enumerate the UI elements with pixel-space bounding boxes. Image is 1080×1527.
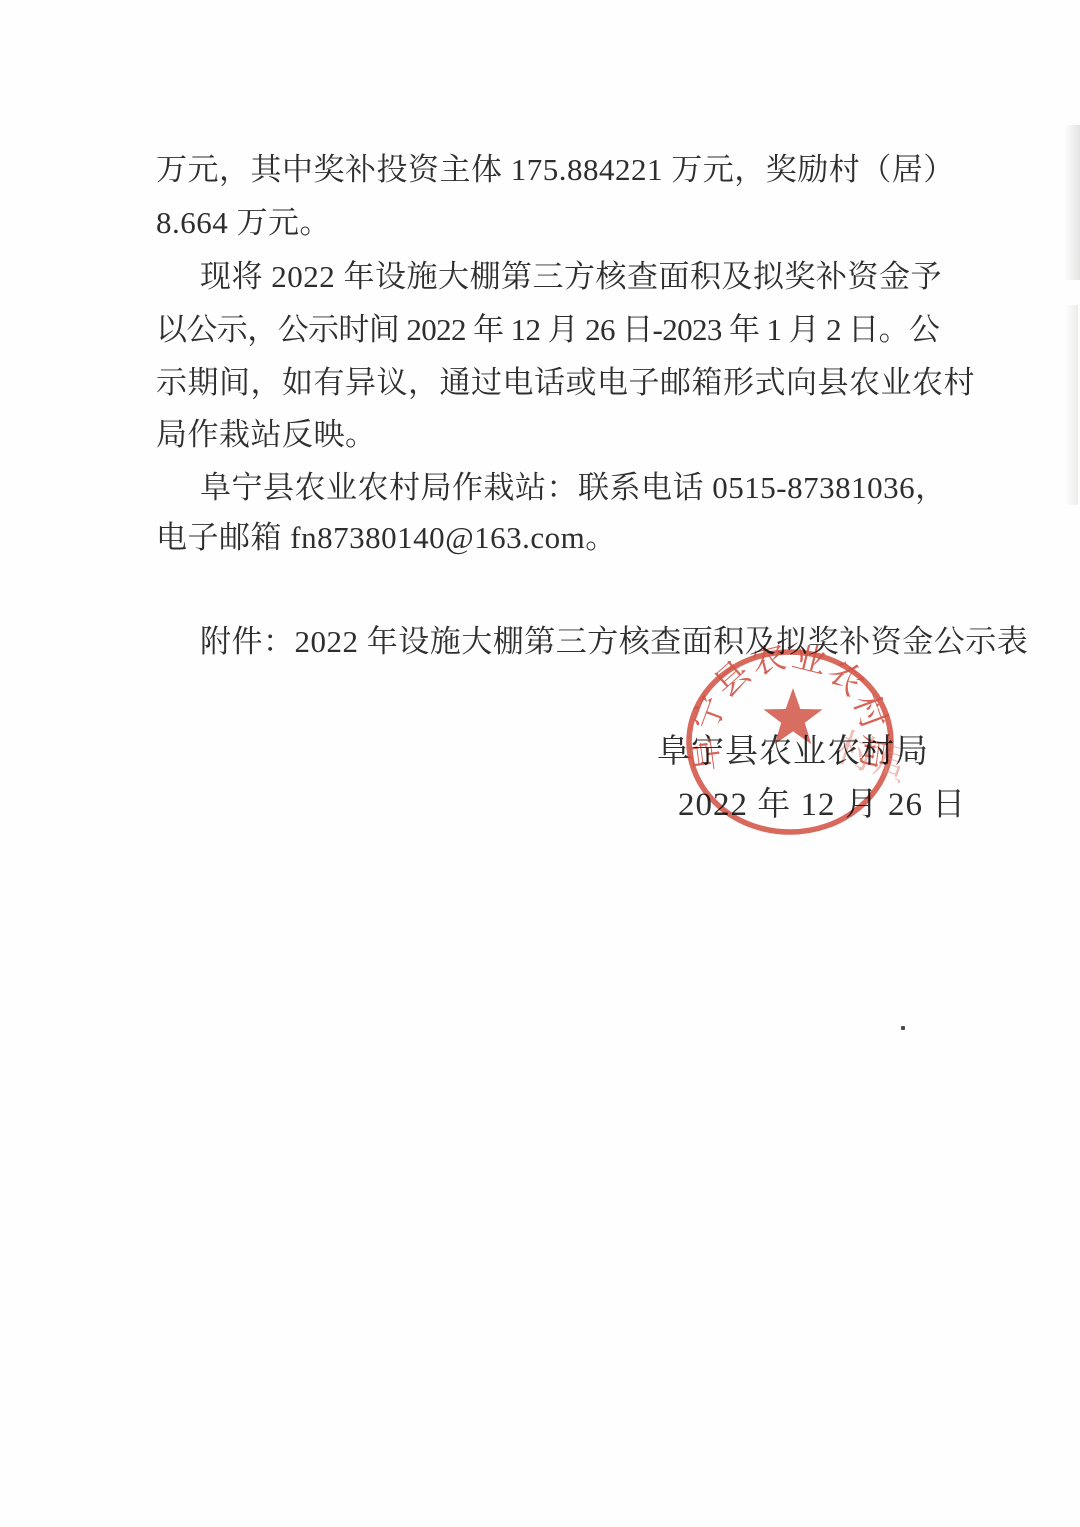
seal-star-icon bbox=[764, 688, 823, 744]
scan-streak bbox=[1064, 125, 1080, 280]
document-page: 万元，其中奖补投资主体 175.884221 万元，奖励村（居） 8.664 万… bbox=[0, 0, 1080, 1527]
body-line-1: 万元，其中奖补投资主体 175.884221 万元，奖励村（居） bbox=[156, 150, 955, 190]
body-line-6: 局作栽站反映。 bbox=[156, 415, 377, 455]
email-line: 电子邮箱 fn87380140@163.com。 bbox=[156, 518, 617, 558]
scan-streak bbox=[1065, 305, 1078, 505]
body-line-4: 以公示，公示时间 2022 年 12 月 26 日-2023 年 1 月 2 日… bbox=[156, 310, 939, 350]
body-line-2: 8.664 万元。 bbox=[156, 203, 331, 243]
scan-speck bbox=[901, 1026, 905, 1030]
body-line-3: 现将 2022 年设施大棚第三方核查面积及拟奖补资金予 bbox=[200, 257, 942, 297]
body-line-5: 示期间，如有异议，通过电话或电子邮箱形式向县农业农村 bbox=[156, 363, 975, 403]
contact-line: 阜宁县农业农村局作栽站：联系电话 0515-87381036， bbox=[200, 468, 947, 508]
attachment-line: 附件：2022 年设施大棚第三方核查面积及拟奖补资金公示表 bbox=[200, 622, 1028, 662]
official-seal: 阜宁县农业农村局 村局 bbox=[680, 645, 900, 845]
